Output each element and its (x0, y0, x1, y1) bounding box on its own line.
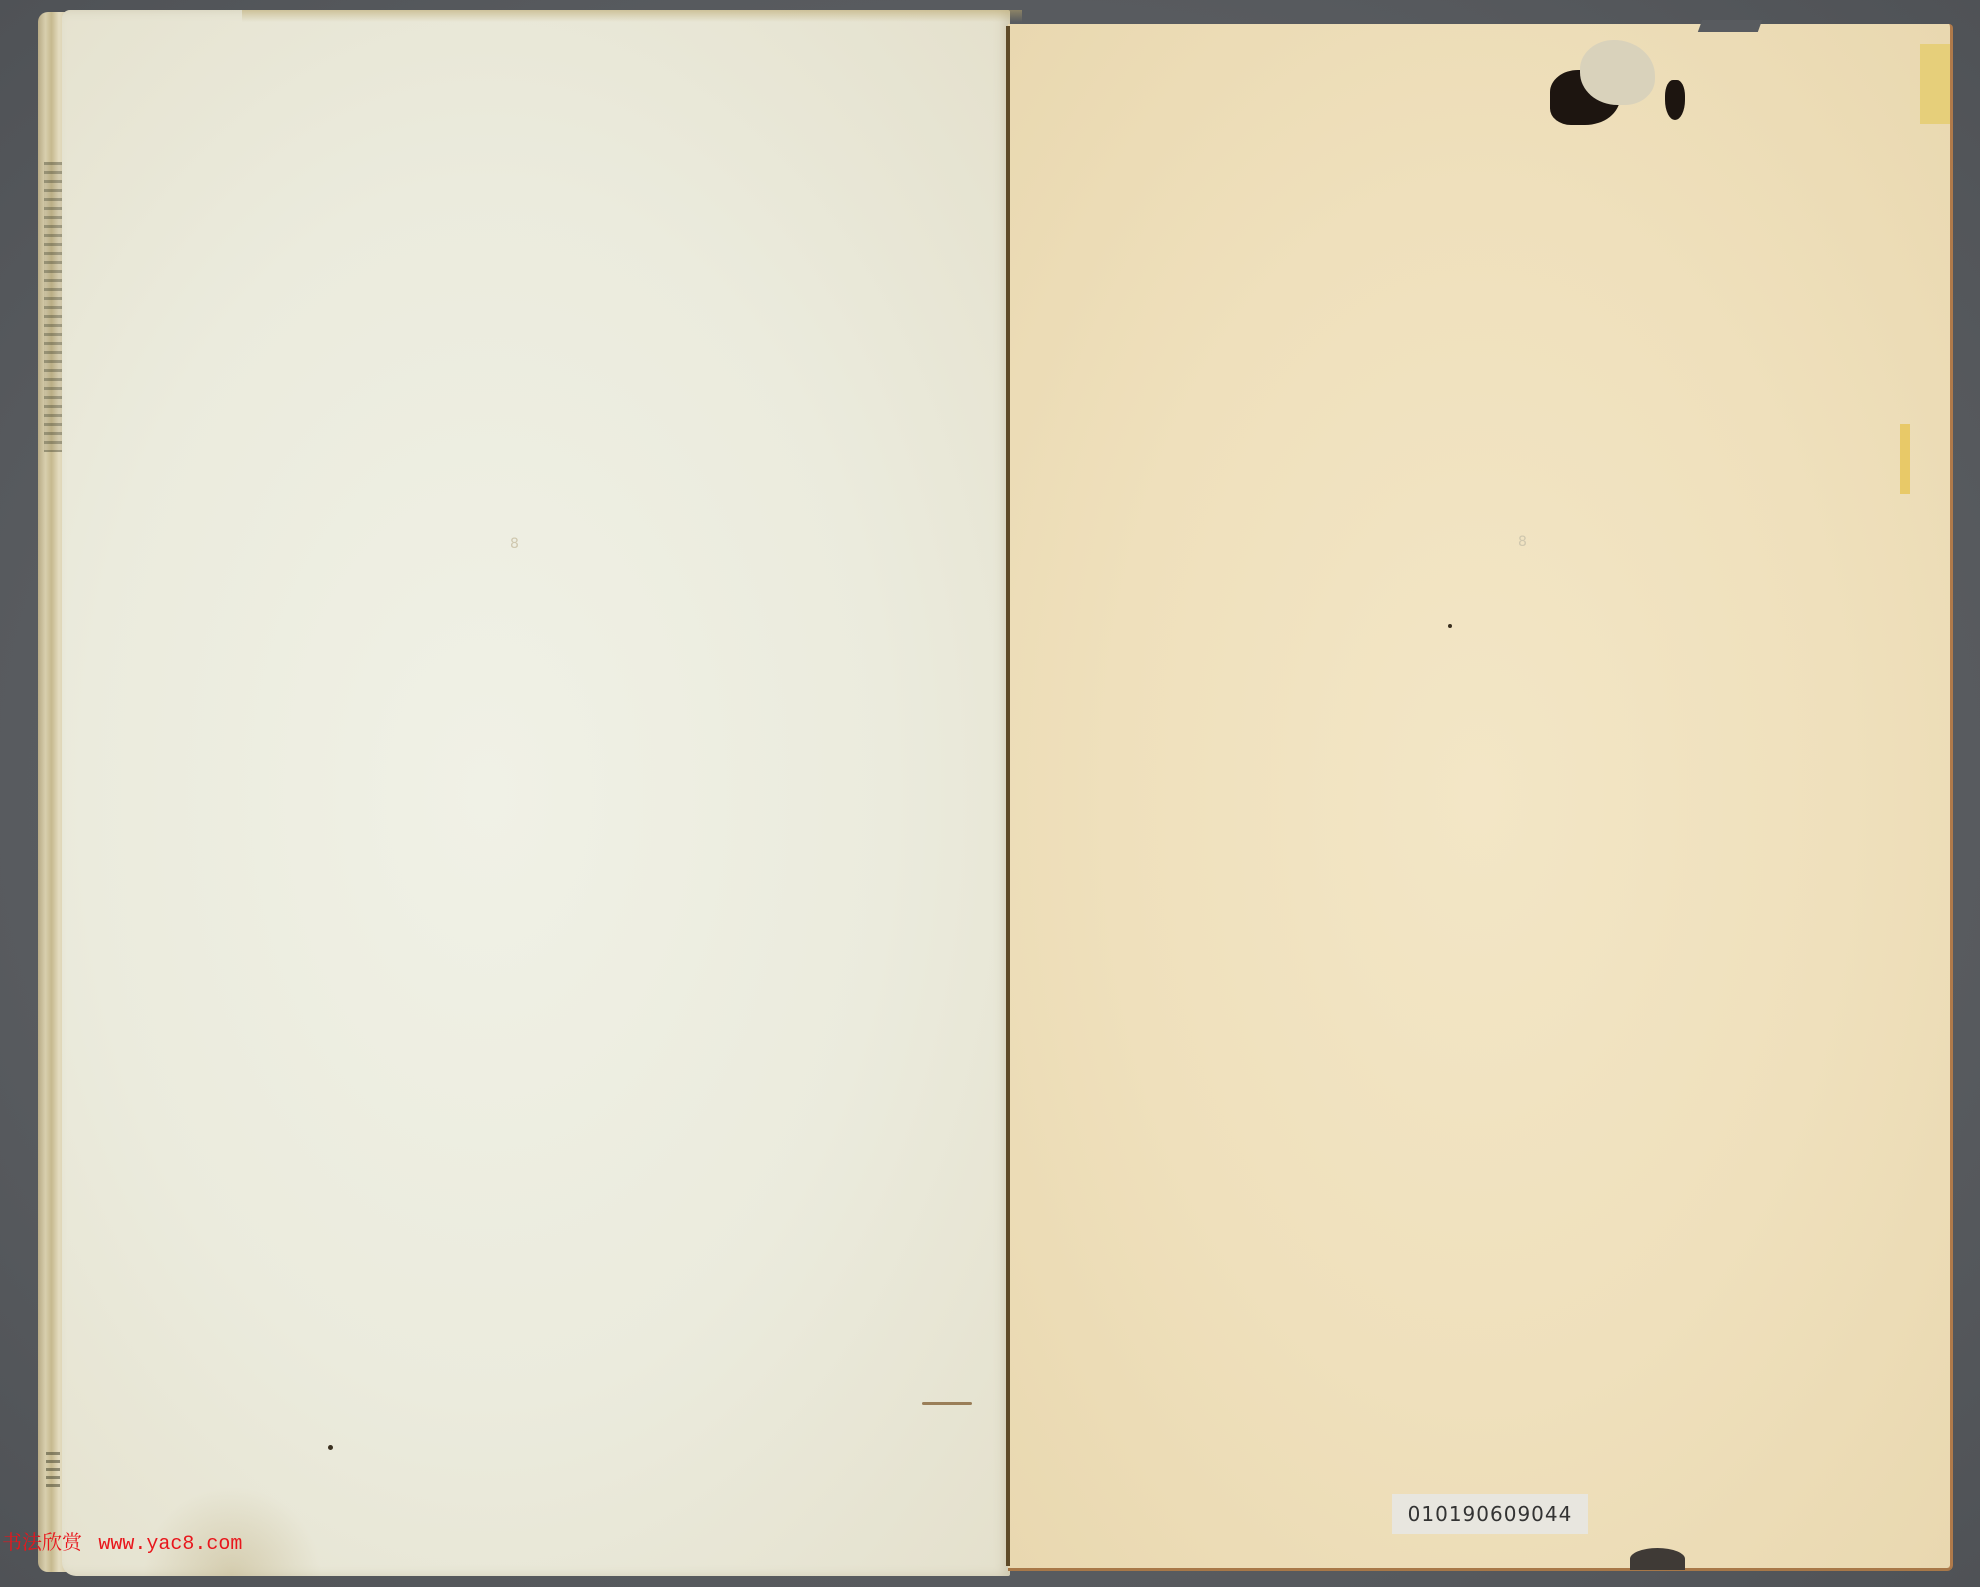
barcode-label: 010190609044 (1392, 1494, 1588, 1534)
spine-text-marks (44, 162, 62, 452)
bottom-edge-tear (1630, 1548, 1685, 1570)
top-edge-tear (1698, 20, 1762, 32)
yellowed-strip (1900, 424, 1910, 494)
ink-dot (1448, 624, 1452, 628)
watermark-chinese: 书法欣赏 (2, 1530, 82, 1554)
left-page: 8 (62, 10, 1010, 1576)
watermark-url[interactable]: www.yac8.com (98, 1533, 242, 1556)
top-edge-stain (242, 10, 1022, 22)
watermark: 书法欣赏 www.yac8.com (2, 1526, 242, 1556)
spine-bottom-marks (46, 1452, 60, 1492)
faint-page-mark: 8 (510, 536, 519, 552)
yellowed-corner (1920, 44, 1950, 124)
ink-dot (328, 1445, 333, 1450)
book-spine-gutter (1006, 26, 1010, 1566)
right-page: 8 (1008, 24, 1953, 1571)
faint-page-mark: 8 (1518, 534, 1527, 550)
burn-damage-top (1540, 40, 1650, 130)
ink-scratch (922, 1402, 972, 1405)
